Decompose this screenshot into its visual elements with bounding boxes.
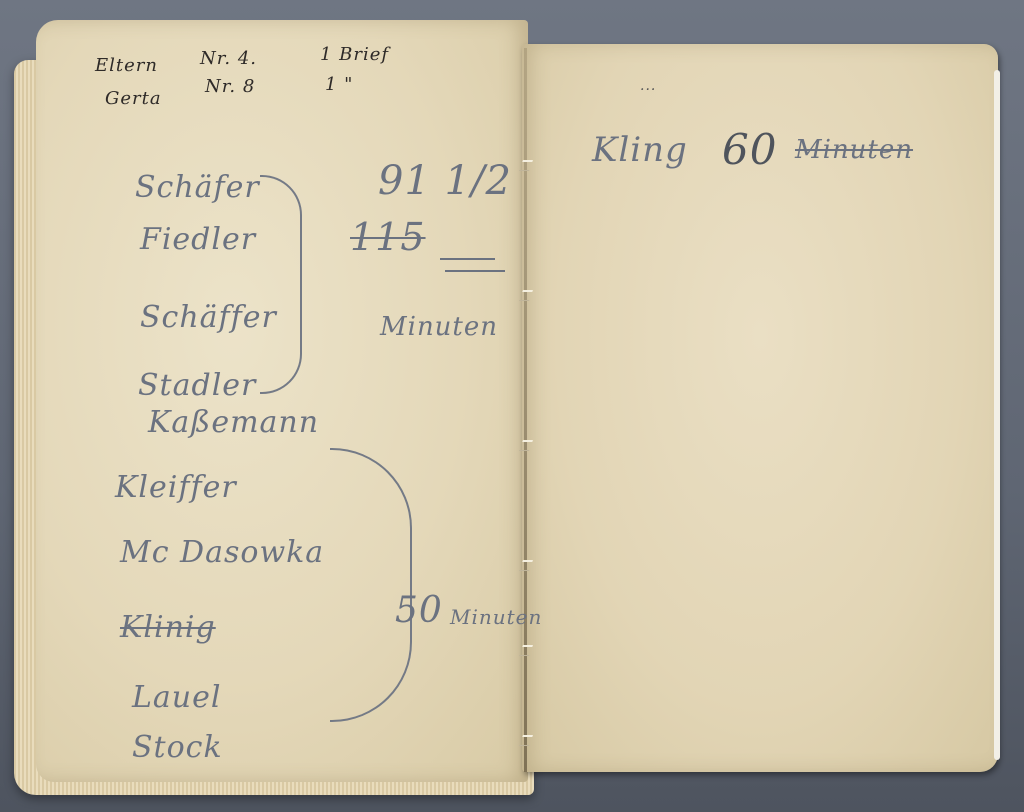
header-number: Nr. 8 [205,76,255,97]
struck-value: 115 [350,215,426,259]
curly-brace [260,175,302,394]
list-item-name-struck: Klinig [120,610,216,645]
header-name: Eltern [95,55,158,76]
list-item-name: Stock [132,730,223,765]
curly-brace [330,448,412,722]
list-item-name: Fiedler [140,222,256,257]
entry-name: Kling [592,130,688,170]
list-item-name: Mc Dasowka [120,535,324,570]
list-item-name: Lauel [132,680,221,715]
total-value: 50 [395,590,443,631]
total-value: 91 1/2 [378,158,512,204]
list-item-name: Kaßemann [148,405,319,440]
open-notebook: Eltern Nr. 4. 1 Brief Gerta Nr. 8 1 " Sc… [0,0,1024,812]
list-item-name: Stadler [138,368,256,403]
entry-struck-unit: Minuten [795,135,913,165]
header-count: 1 " [325,74,353,95]
binding-gutter [524,48,527,772]
underline-mark [445,270,505,272]
faded-note: ... [640,78,656,94]
page-edge-right [994,70,1000,760]
header-number: Nr. 4. [200,48,257,69]
entry-value: 60 [722,125,777,174]
header-name: Gerta [105,88,162,109]
unit-label: Minuten [450,605,542,629]
list-item-name: Schäfer [135,170,260,205]
unit-label: Minuten [380,312,498,342]
left-page [36,20,528,782]
underline-mark [440,258,495,260]
header-count: 1 Brief [320,44,389,65]
list-item-name: Kleiffer [115,470,237,505]
list-item-name: Schäffer [140,300,277,335]
